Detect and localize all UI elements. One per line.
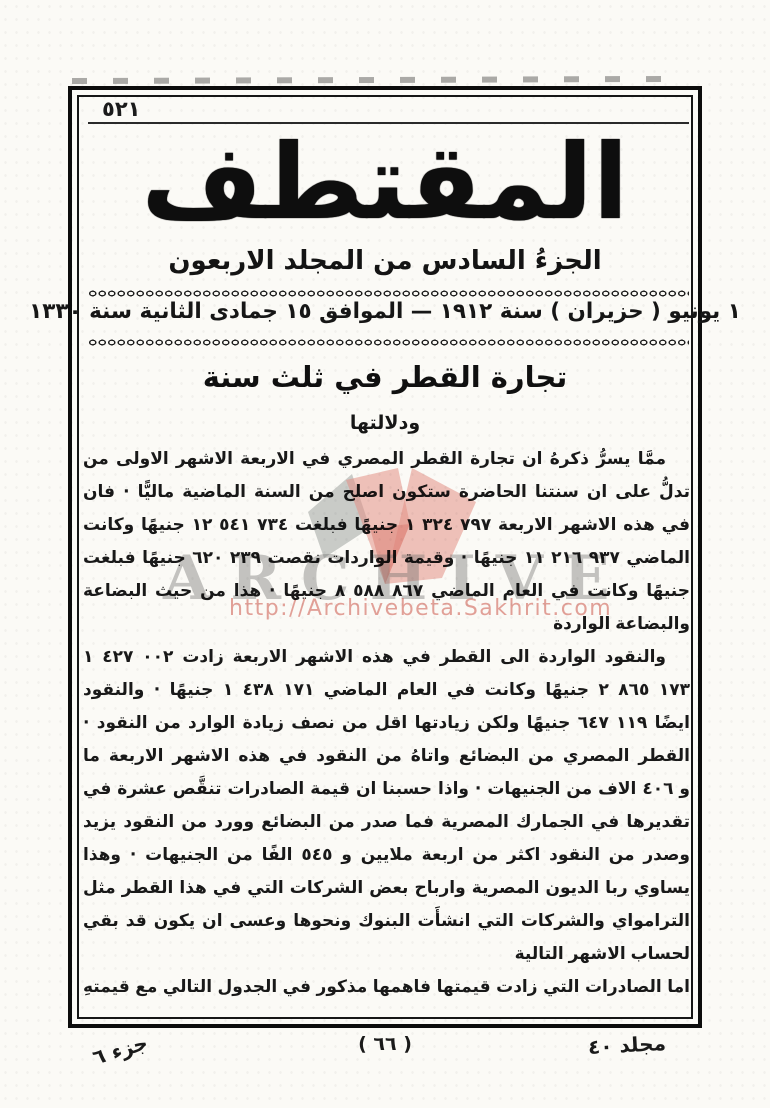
text-line: القطر المصري من البضائع واتاهُ من النقود… (83, 740, 690, 773)
text-line: ممَّا يسرُّ ذكرهُ ان تجارة القطر المصري … (83, 443, 690, 476)
text-line: يساوي ربا الديون المصرية وارباح بعض الشر… (83, 872, 690, 905)
text-line: اما الصادرات التي زادت قيمتها فاهمها مذك… (83, 971, 690, 1004)
text-line: في هذه الاشهر الاربعة ١ ٣٢٤ ٧٩٧ جنيهًا ف… (83, 509, 690, 542)
chain-divider-top (88, 289, 689, 298)
article-body: ممَّا يسرُّ ذكرهُ ان تجارة القطر المصري … (83, 443, 690, 1004)
text-line: وصدر من النقود اكثر من اربعة ملايين و ٥٤… (83, 839, 690, 872)
text-line: لحساب الاشهر التالية (83, 938, 690, 971)
text-line: والنقود الواردة الى القطر في هذه الاشهر … (83, 641, 690, 674)
scanned-page: ٥٢١ المقتطف الجزءُ السادس من المجلد الار… (0, 0, 770, 1108)
text-line: ايضًا ٦٤٧ ١١٩ جنيهًا ولكن زيادتها اقل من… (83, 707, 690, 740)
date-line: ١ يونيو ( حزيران ) سنة ١٩١٢ — الموافق ١٥… (0, 299, 770, 324)
text-line: تدلُّ على ان سنتنا الحاضرة ستكون اصلح من… (83, 476, 690, 509)
text-line: الترامواي والشركات التي انشأَت البنوك ون… (83, 905, 690, 938)
masthead-subtitle: الجزءُ السادس من المجلد الاربعون (0, 246, 770, 276)
text-line: الماضي ١١ ٢١٦ ٩٣٧ جنيهًا · وقيمة الواردا… (83, 542, 690, 575)
article-subtitle: ودلالتها (0, 412, 770, 434)
chain-divider-bottom (88, 338, 689, 347)
scan-artifact-strip (72, 76, 662, 84)
magazine-title: المقتطف (0, 112, 770, 252)
text-line: والبضاعة الواردة (83, 608, 690, 641)
text-line: تقديرها في الجمارك المصرية فما صدر من ال… (83, 806, 690, 839)
text-line: و ٤٠٦ الاف من الجنيهات · واذا حسبنا ان ق… (83, 773, 690, 806)
article-title: تجارة القطر في ثلث سنة (0, 360, 770, 394)
text-line: جنيهًا وكانت في العام الماضي ٨ ٥٨٨ ٨٦٧ ج… (83, 575, 690, 608)
text-line: ٢ ٨٦٥ ١٧٣ جنيهًا وكانت في العام الماضي ١… (83, 674, 690, 707)
